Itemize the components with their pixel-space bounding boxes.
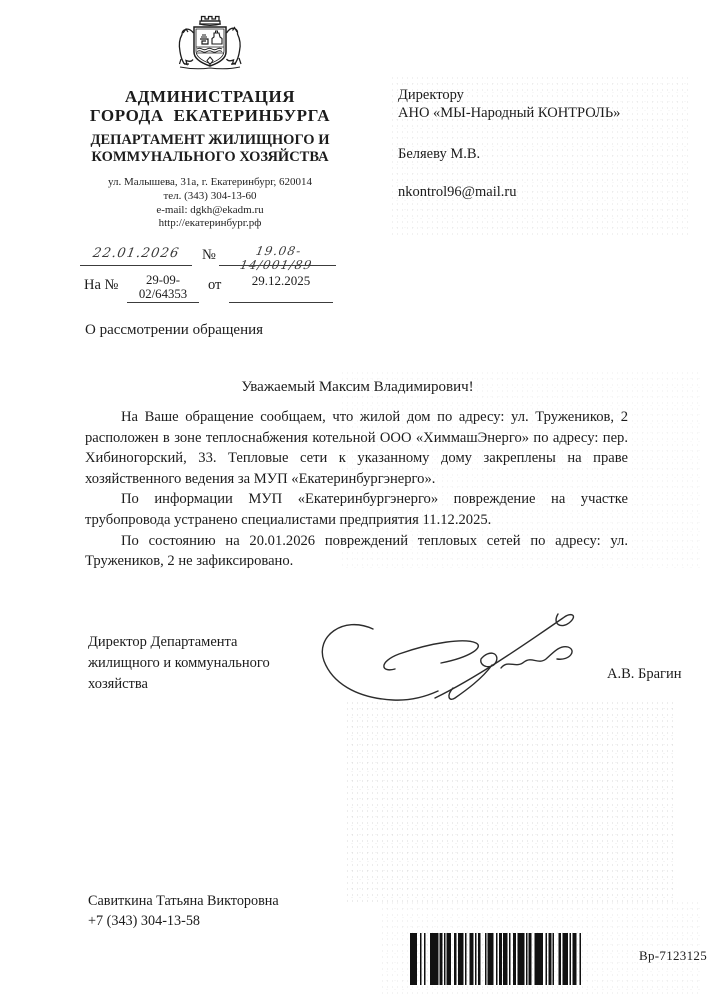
- reply-number-line2: 02/64353: [127, 287, 199, 301]
- signer-title-line2: жилищного и коммунального: [88, 653, 270, 674]
- body-paragraph-2: По информации МУП «Екатеринбургэнерго» п…: [85, 489, 628, 530]
- body-paragraph-3: По состоянию на 20.01.2026 повреждений т…: [85, 531, 628, 572]
- signer-title: Директор Департамента жилищного и коммун…: [88, 632, 270, 695]
- scanned-letter-page: АДМИНИСТРАЦИЯ ГОРОДА ЕКАТЕРИНБУРГА ДЕПАР…: [0, 0, 710, 1007]
- body-paragraph-1: На Ваше обращение сообщаем, что жилой до…: [85, 407, 628, 489]
- scan-noise: [345, 700, 675, 905]
- org-website: http://екатеринбург.рф: [50, 217, 370, 231]
- reply-number-field: 29-09- 02/64353: [127, 273, 199, 303]
- org-email: e-mail: dgkh@ekadm.ru: [50, 204, 370, 218]
- subject-line: О рассмотрении обращения: [85, 322, 263, 339]
- org-name-line2: ГОРОДА ЕКАТЕРИНБУРГА: [50, 106, 370, 125]
- number-sign-label: №: [202, 247, 216, 264]
- reply-date: 29.12.2025: [252, 273, 311, 288]
- letter-body: На Ваше обращение сообщаем, что жилой до…: [85, 407, 628, 572]
- department-line1: ДЕПАРТАМЕНТ ЖИЛИЩНОГО И: [50, 132, 370, 149]
- outgoing-number-field: 19.08-14/001/89: [219, 244, 336, 266]
- reply-number-line1: 29-09-: [127, 273, 199, 287]
- org-address: ул. Малышева, 31а, г. Екатеринбург, 6200…: [50, 176, 370, 190]
- outgoing-number-handwritten: 19.08-14/001/89: [217, 244, 339, 272]
- executor-name: Савиткина Татьяна Викторовна: [88, 891, 279, 911]
- barcode-label: Вр-7123125: [639, 948, 707, 964]
- from-label: от: [208, 277, 221, 294]
- document-barcode: [410, 933, 588, 985]
- salutation: Уважаемый Максим Владимирович!: [85, 379, 630, 396]
- recipient-name: Беляеву М.В.: [398, 145, 620, 163]
- signer-title-line1: Директор Департамента: [88, 632, 270, 653]
- reply-to-label: На №: [84, 277, 118, 294]
- letterhead: АДМИНИСТРАЦИЯ ГОРОДА ЕКАТЕРИНБУРГА ДЕПАР…: [50, 87, 370, 231]
- signer-name: А.В. Брагин: [607, 666, 682, 683]
- executor-phone: +7 (343) 304-13-58: [88, 911, 279, 931]
- org-name-line1: АДМИНИСТРАЦИЯ: [50, 87, 370, 106]
- recipient-block: Директору АНО «МЫ-Народный КОНТРОЛЬ» Бел…: [398, 86, 620, 201]
- outgoing-date-field: 22.01.2026: [80, 244, 192, 266]
- signer-title-line3: хозяйства: [88, 674, 270, 695]
- recipient-email: nkontrol96@mail.ru: [398, 183, 620, 201]
- executor-contact: Савиткина Татьяна Викторовна +7 (343) 30…: [88, 891, 279, 931]
- yekaterinburg-coat-of-arms-icon: [177, 11, 243, 75]
- recipient-organization: АНО «МЫ-Народный КОНТРОЛЬ»: [398, 104, 620, 122]
- signature-scrawl: [295, 599, 595, 714]
- recipient-position: Директору: [398, 86, 620, 104]
- outgoing-date-handwritten: 22.01.2026: [91, 246, 180, 261]
- reply-date-field: 29.12.2025: [229, 273, 333, 303]
- org-phone: тел. (343) 304-13-60: [50, 190, 370, 204]
- department-line2: КОММУНАЛЬНОГО ХОЗЯЙСТВА: [50, 149, 370, 166]
